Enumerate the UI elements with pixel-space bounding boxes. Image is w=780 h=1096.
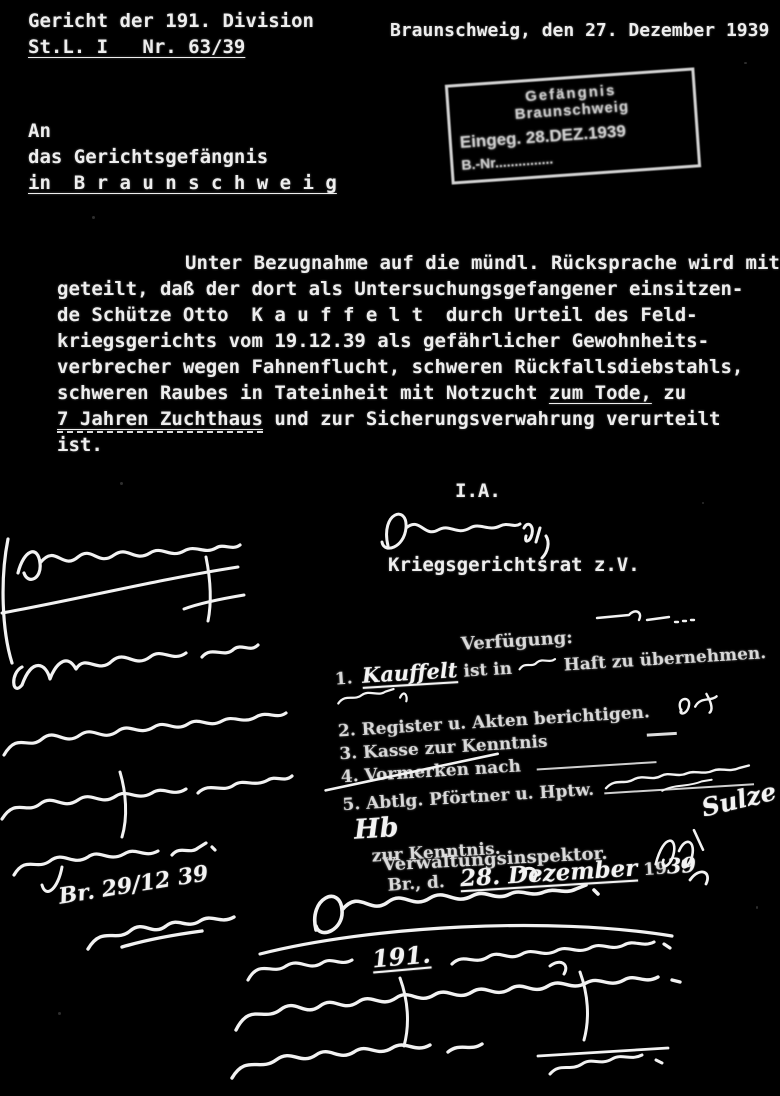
body-line-segment: schweren Raubes in Tateinheit mit Notzuc… bbox=[57, 382, 549, 404]
body-line-segment: geteilt, daß der dort als Untersuchungsg… bbox=[57, 278, 743, 300]
body-line: kriegsgerichts vom 19.12.39 als gefährli… bbox=[57, 328, 772, 354]
item1-hand-name: Kauffelt bbox=[361, 657, 458, 688]
recipient-block: An das Gerichtsgefängnis in B r a u n s … bbox=[28, 118, 371, 196]
letterhead: Gericht der 191. Division St.L. I Nr. 63… bbox=[28, 8, 314, 60]
body-line-segment: verbrecher wegen Fahnenflucht, schweren … bbox=[57, 356, 743, 378]
item1-text-b: Haft zu übernehmen. bbox=[557, 643, 766, 676]
body-paragraph: Unter Bezugnahme auf die mündl. Rückspra… bbox=[57, 250, 772, 458]
noise-speck bbox=[756, 906, 758, 909]
body-line-segment: Unter Bezugnahme auf die mündl. Rückspra… bbox=[185, 252, 780, 274]
body-line-segment: und zur Sicherungsverwahrung verurteilt bbox=[263, 408, 721, 430]
body-line: de Schütze Otto K a u f f e l t durch Ur… bbox=[57, 302, 772, 328]
body-line-segment: zum Tode, bbox=[549, 382, 652, 404]
noise-speck bbox=[92, 216, 95, 219]
letterhead-court: Gericht der 191. Division bbox=[28, 8, 314, 34]
body-line: 7 Jahren Zuchthaus und zur Sicherungsver… bbox=[57, 406, 772, 432]
item1-hand-insert bbox=[517, 655, 558, 673]
body-line: verbrecher wegen Fahnenflucht, schweren … bbox=[57, 354, 772, 380]
noise-speck bbox=[702, 502, 704, 504]
noise-speck bbox=[58, 1012, 61, 1015]
letterhead-file-ref: St.L. I Nr. 63/39 bbox=[28, 36, 279, 58]
document-page: Gericht der 191. Division St.L. I Nr. 63… bbox=[0, 0, 780, 1096]
body-line-segment: kriegsgerichts vom 19.12.39 als gefährli… bbox=[57, 330, 709, 352]
body-line-segment: zu bbox=[652, 382, 686, 404]
recipient-institution: das Gerichtsgefängnis bbox=[28, 144, 371, 170]
signer-title: Kriegsgerichtsrat z.V. bbox=[388, 552, 640, 578]
intake-stamp: Gefängnis Braunschweig Eingeg. 28.DEZ.19… bbox=[445, 67, 701, 184]
body-line-segment: ist. bbox=[57, 434, 103, 456]
dateline: Braunschweig, den 27. Dezember 1939 bbox=[390, 18, 769, 44]
body-line: ist. bbox=[57, 432, 772, 458]
noise-speck bbox=[120, 482, 123, 485]
recipient-city: in B r a u n s c h w e i g bbox=[28, 172, 371, 194]
item1-text-a: ist in bbox=[457, 658, 519, 682]
item5-number: 5. bbox=[342, 794, 361, 815]
item3-hand-dash bbox=[647, 732, 677, 737]
noise-speck bbox=[744, 62, 747, 64]
body-line: geteilt, daß der dort als Untersuchungsg… bbox=[57, 276, 772, 302]
item2-number: 2. bbox=[337, 720, 356, 741]
body-line-segment: de Schütze Otto K a u f f e l t durch Ur… bbox=[57, 304, 698, 326]
bottom-handwritten-signatures bbox=[220, 858, 780, 1096]
body-line: schweren Raubes in Tateinheit mit Notzuc… bbox=[57, 380, 772, 406]
body-line-segment: 7 Jahren Zuchthaus bbox=[57, 408, 263, 433]
recipient-an: An bbox=[28, 118, 371, 144]
item1-number: 1. bbox=[334, 669, 353, 690]
item2-hand-initials bbox=[672, 691, 725, 716]
body-line: Unter Bezugnahme auf die mündl. Rückspra… bbox=[57, 250, 772, 276]
bottom-note-191: 191. bbox=[371, 940, 432, 974]
